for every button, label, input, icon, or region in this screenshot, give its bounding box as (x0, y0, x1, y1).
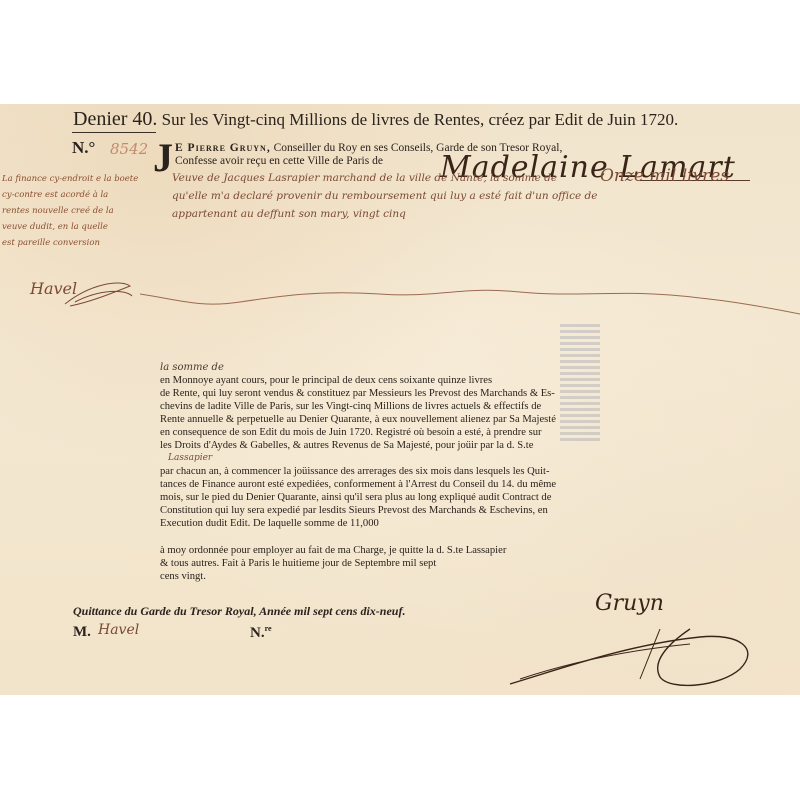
body-line: par chacun an, à commencer la joüissance… (160, 466, 549, 477)
body-line: Rente annuelle & perpetuelle au Denier Q… (160, 414, 556, 425)
m-value: Havel (98, 622, 139, 638)
closing-line: & tous autres. Fait à Paris le huitieme … (160, 558, 436, 569)
n-label-text: N. (250, 625, 265, 641)
handwritten-line-2: qu'elle m'a declaré provenir du rembours… (172, 190, 597, 202)
body-handwritten-name: Lassapier (168, 453, 212, 463)
margin-note-line: rentes nouvelle creé de la (2, 206, 114, 216)
official-name: E Pierre Gruyn, (175, 142, 271, 154)
denier-label: Denier 40. (73, 108, 157, 130)
numero-label: N.° (72, 138, 95, 158)
n-label-sup: re (265, 624, 272, 633)
separator-wavy-line (140, 280, 800, 320)
numero-value: 8542 (110, 140, 148, 158)
body-line: Execution dudit Edit. De laquelle somme … (160, 518, 379, 529)
handwritten-line-3: appartenant au deffunt son mary, vingt c… (172, 208, 406, 220)
m-label: M. (73, 624, 91, 641)
body-line: de Rente, qui luy seront vendus & consti… (160, 388, 555, 399)
body-line: mois, sur le pied du Denier Quarante, ai… (160, 492, 551, 503)
paraphe-flourish-icon (60, 274, 140, 314)
margin-note-line: La finance cy-endroit e la boete (2, 174, 138, 184)
closing-line: à moy ordonnée pour employer au fait de … (160, 545, 506, 556)
margin-note-line: est pareille conversion (2, 238, 100, 248)
body-line: en Monnoye ayant cours, pour le principa… (160, 375, 492, 386)
closing-line: cens vingt. (160, 571, 206, 582)
body-line: chevins de ladite Ville de Paris, sur le… (160, 401, 541, 412)
handwritten-amount: Onze mil livres (600, 166, 729, 186)
faded-stamp (560, 324, 600, 444)
n-label: N.re (250, 624, 272, 642)
body-line: Constitution qui luy sera expedié par le… (160, 505, 548, 516)
la-somme-label: la somme de (160, 362, 224, 373)
header-text: Sur les Vingt-cinq Millions de livres de… (162, 110, 679, 129)
header-title: Denier 40. Sur les Vingt-cinq Millions d… (73, 108, 678, 131)
signature-flourish-icon (500, 599, 800, 699)
margin-note-line: veuve dudit, en la quelle (2, 222, 108, 232)
document-page: Denier 40. Sur les Vingt-cinq Millions d… (0, 104, 800, 695)
body-line: en consequence de son Edit du mois de Ju… (160, 427, 542, 438)
body-line: les Droits d'Aydes & Gabelles, & autres … (160, 440, 533, 451)
header-rule (72, 132, 156, 133)
dropcap: J (153, 138, 173, 178)
margin-note-line: cy-contre est acordé à la (2, 190, 108, 200)
handwritten-line-1: Veuve de Jacques Lasrapier marchand de l… (172, 172, 557, 184)
intro-line-2: Confesse avoir reçu en cette Ville de Pa… (175, 155, 383, 167)
body-line: tances de Finance auront esté expediées,… (160, 479, 556, 490)
receipt-title: Quittance du Garde du Tresor Royal, Anné… (73, 604, 405, 619)
